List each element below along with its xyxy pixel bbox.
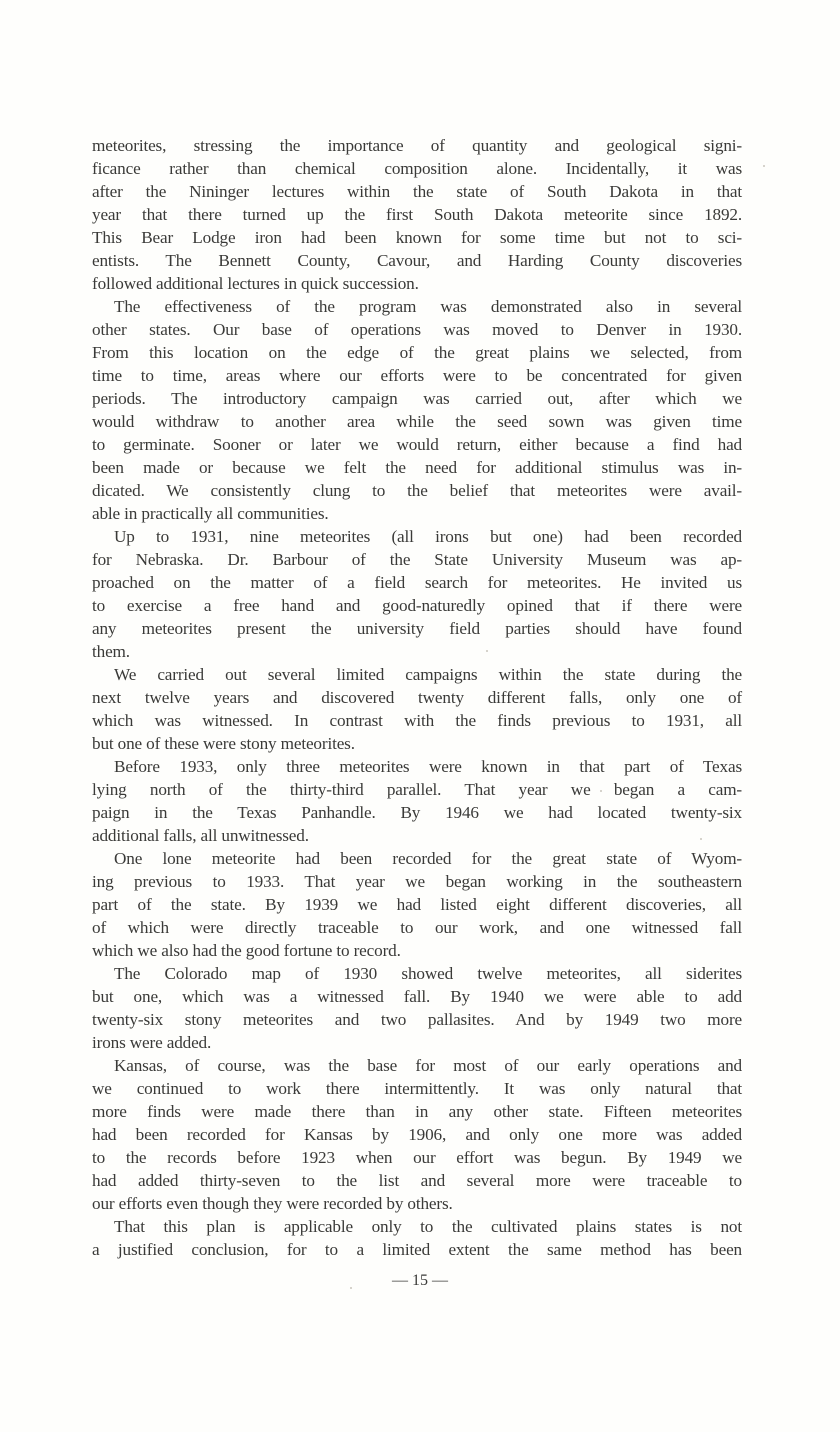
text-line: Kansas, of course, was the base for most… [92,1054,742,1077]
paragraph: The effectiveness of the program was dem… [92,295,742,525]
scan-speck [350,1287,352,1289]
text-line: entists. The Bennett County, Cavour, and… [92,249,742,272]
text-line: for Nebraska. Dr. Barbour of the State U… [92,548,742,571]
paragraph: We carried out several limited campaigns… [92,663,742,755]
text-line: time to time, areas where our efforts we… [92,364,742,387]
scan-speck [600,790,602,792]
text-line: Before 1933, only three meteorites were … [92,755,742,778]
text-line: followed additional lectures in quick su… [92,272,742,295]
paragraph: meteorites, stressing the importance of … [92,134,742,295]
text-line: additional falls, all unwitnessed. [92,824,742,847]
text-line: had added thirty-seven to the list and s… [92,1169,742,1192]
text-line: lying north of the thirty-third parallel… [92,778,742,801]
text-line: but one, which was a witnessed fall. By … [92,985,742,1008]
text-line: more finds were made there than in any o… [92,1100,742,1123]
text-line: The effectiveness of the program was dem… [92,295,742,318]
text-line: next twelve years and discovered twenty … [92,686,742,709]
text-line: a justified conclusion, for to a limited… [92,1238,742,1261]
text-line: but one of these were stony meteorites. [92,732,742,755]
page-number: — 15 — [0,1272,840,1290]
text-line: to exercise a free hand and good-natured… [92,594,742,617]
paragraph: One lone meteorite had been recorded for… [92,847,742,962]
text-line: any meteorites present the university fi… [92,617,742,640]
text-line: to germinate. Sooner or later we would r… [92,433,742,456]
text-line: irons were added. [92,1031,742,1054]
text-line: been made or because we felt the need fo… [92,456,742,479]
text-line: twenty-six stony meteorites and two pall… [92,1008,742,1031]
paragraph: The Colorado map of 1930 showed twelve m… [92,962,742,1054]
text-line: dicated. We consistently clung to the be… [92,479,742,502]
text-line: we continued to work there intermittentl… [92,1077,742,1100]
text-line: This Bear Lodge iron had been known for … [92,226,742,249]
scan-speck [763,165,765,167]
text-line: ing previous to 1933. That year we began… [92,870,742,893]
text-line: of which were directly traceable to our … [92,916,742,939]
text-line: ficance rather than chemical composition… [92,157,742,180]
text-line: One lone meteorite had been recorded for… [92,847,742,870]
text-line: to the records before 1923 when our effo… [92,1146,742,1169]
text-line: able in practically all communities. [92,502,742,525]
text-line: part of the state. By 1939 we had listed… [92,893,742,916]
text-line: paign in the Texas Panhandle. By 1946 we… [92,801,742,824]
text-line: The Colorado map of 1930 showed twelve m… [92,962,742,985]
text-line: From this location on the edge of the gr… [92,341,742,364]
text-line: would withdraw to another area while the… [92,410,742,433]
page-body: meteorites, stressing the importance of … [92,134,742,1261]
text-line: We carried out several limited campaigns… [92,663,742,686]
text-line: proached on the matter of a field search… [92,571,742,594]
text-line: That this plan is applicable only to the… [92,1215,742,1238]
paragraph: Before 1933, only three meteorites were … [92,755,742,847]
text-line: year that there turned up the first Sout… [92,203,742,226]
paragraph: Kansas, of course, was the base for most… [92,1054,742,1215]
text-line: had been recorded for Kansas by 1906, an… [92,1123,742,1146]
paragraph: Up to 1931, nine meteorites (all irons b… [92,525,742,663]
text-line: them. [92,640,742,663]
text-line: other states. Our base of operations was… [92,318,742,341]
text-line: Up to 1931, nine meteorites (all irons b… [92,525,742,548]
text-line: meteorites, stressing the importance of … [92,134,742,157]
text-line: which we also had the good fortune to re… [92,939,742,962]
text-line: periods. The introductory campaign was c… [92,387,742,410]
scan-speck [700,838,702,840]
scan-speck [486,650,488,652]
text-line: after the Nininger lectures within the s… [92,180,742,203]
text-line: our efforts even though they were record… [92,1192,742,1215]
text-line: which was witnessed. In contrast with th… [92,709,742,732]
paragraph: That this plan is applicable only to the… [92,1215,742,1261]
